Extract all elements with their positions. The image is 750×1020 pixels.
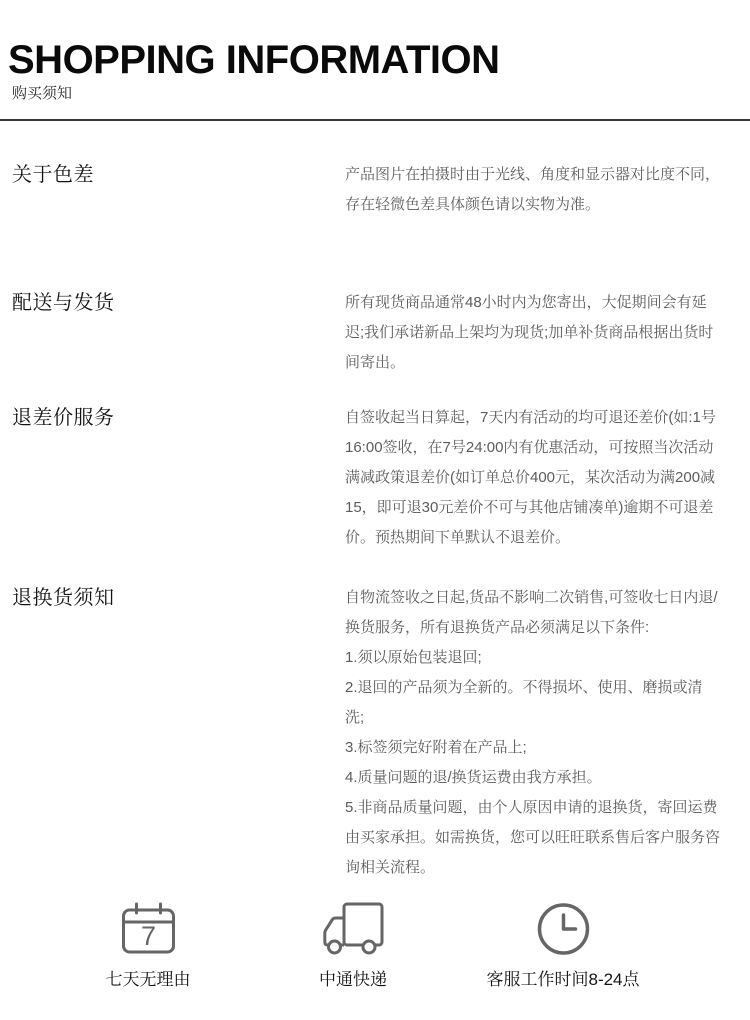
feature-label: 客服工作时间8-24点	[486, 970, 639, 990]
shopping-information-page: SHOPPING INFORMATION 购买须知 关于色差 产品图片在拍摄时由…	[0, 0, 750, 1020]
body-paragraph: 自签收起当日算起，7天内有活动的均可退还差价(如:1号16:00签收，在7号24…	[345, 403, 721, 553]
calendar-7-icon: 7	[106, 902, 191, 956]
body-paragraph: 2.退回的产品须为全新的。不得损坏、使用、磨损或清洗;	[345, 673, 721, 733]
section-label: 退换货须知	[12, 583, 115, 613]
body-paragraph: 1.须以原始包装退回;	[345, 643, 721, 673]
section-body: 产品图片在拍摄时由于光线、角度和显示器对比度不同，存在轻微色差具体颜色请以实物为…	[345, 160, 721, 220]
page-title: SHOPPING INFORMATION	[8, 40, 499, 80]
body-paragraph: 自物流签收之日起,货品不影响二次销售,可签收七日内退/换货服务，所有退换货产品必…	[345, 583, 721, 643]
truck-icon	[319, 902, 387, 956]
calendar-day-number: 7	[140, 921, 155, 951]
feature-label: 七天无理由	[106, 970, 191, 990]
feature-label: 中通快递	[319, 970, 387, 990]
body-paragraph: 产品图片在拍摄时由于光线、角度和显示器对比度不同，存在轻微色差具体颜色请以实物为…	[345, 160, 721, 220]
section-label: 退差价服务	[12, 403, 115, 433]
feature-service-hours: 客服工作时间8-24点	[486, 902, 639, 990]
body-paragraph: 所有现货商品通常48小时内为您寄出，大促期间会有延迟;我们承诺新品上架均为现货;…	[345, 288, 721, 378]
section-body: 自物流签收之日起,货品不影响二次销售,可签收七日内退/换货服务，所有退换货产品必…	[345, 583, 721, 883]
clock-icon	[486, 902, 639, 956]
body-paragraph: 4.质量问题的退/换货运费由我方承担。	[345, 763, 721, 793]
section-body: 自签收起当日算起，7天内有活动的均可退还差价(如:1号16:00签收，在7号24…	[345, 403, 721, 553]
body-paragraph: 3.标签须完好附着在产品上;	[345, 733, 721, 763]
section-label: 关于色差	[12, 160, 94, 190]
feature-seven-day-return: 7 七天无理由	[106, 902, 191, 990]
section-label: 配送与发货	[12, 288, 115, 318]
page-subtitle: 购买须知	[12, 84, 72, 104]
body-paragraph: 5.非商品质量问题，由个人原因申请的退换货，寄回运费由买家承担。如需换货，您可以…	[345, 793, 721, 883]
section-body: 所有现货商品通常48小时内为您寄出，大促期间会有延迟;我们承诺新品上架均为现货;…	[345, 288, 721, 378]
feature-courier: 中通快递	[319, 902, 387, 990]
features-row: 7 七天无理由 中通快递 客	[0, 902, 750, 1012]
header-divider	[0, 119, 750, 121]
